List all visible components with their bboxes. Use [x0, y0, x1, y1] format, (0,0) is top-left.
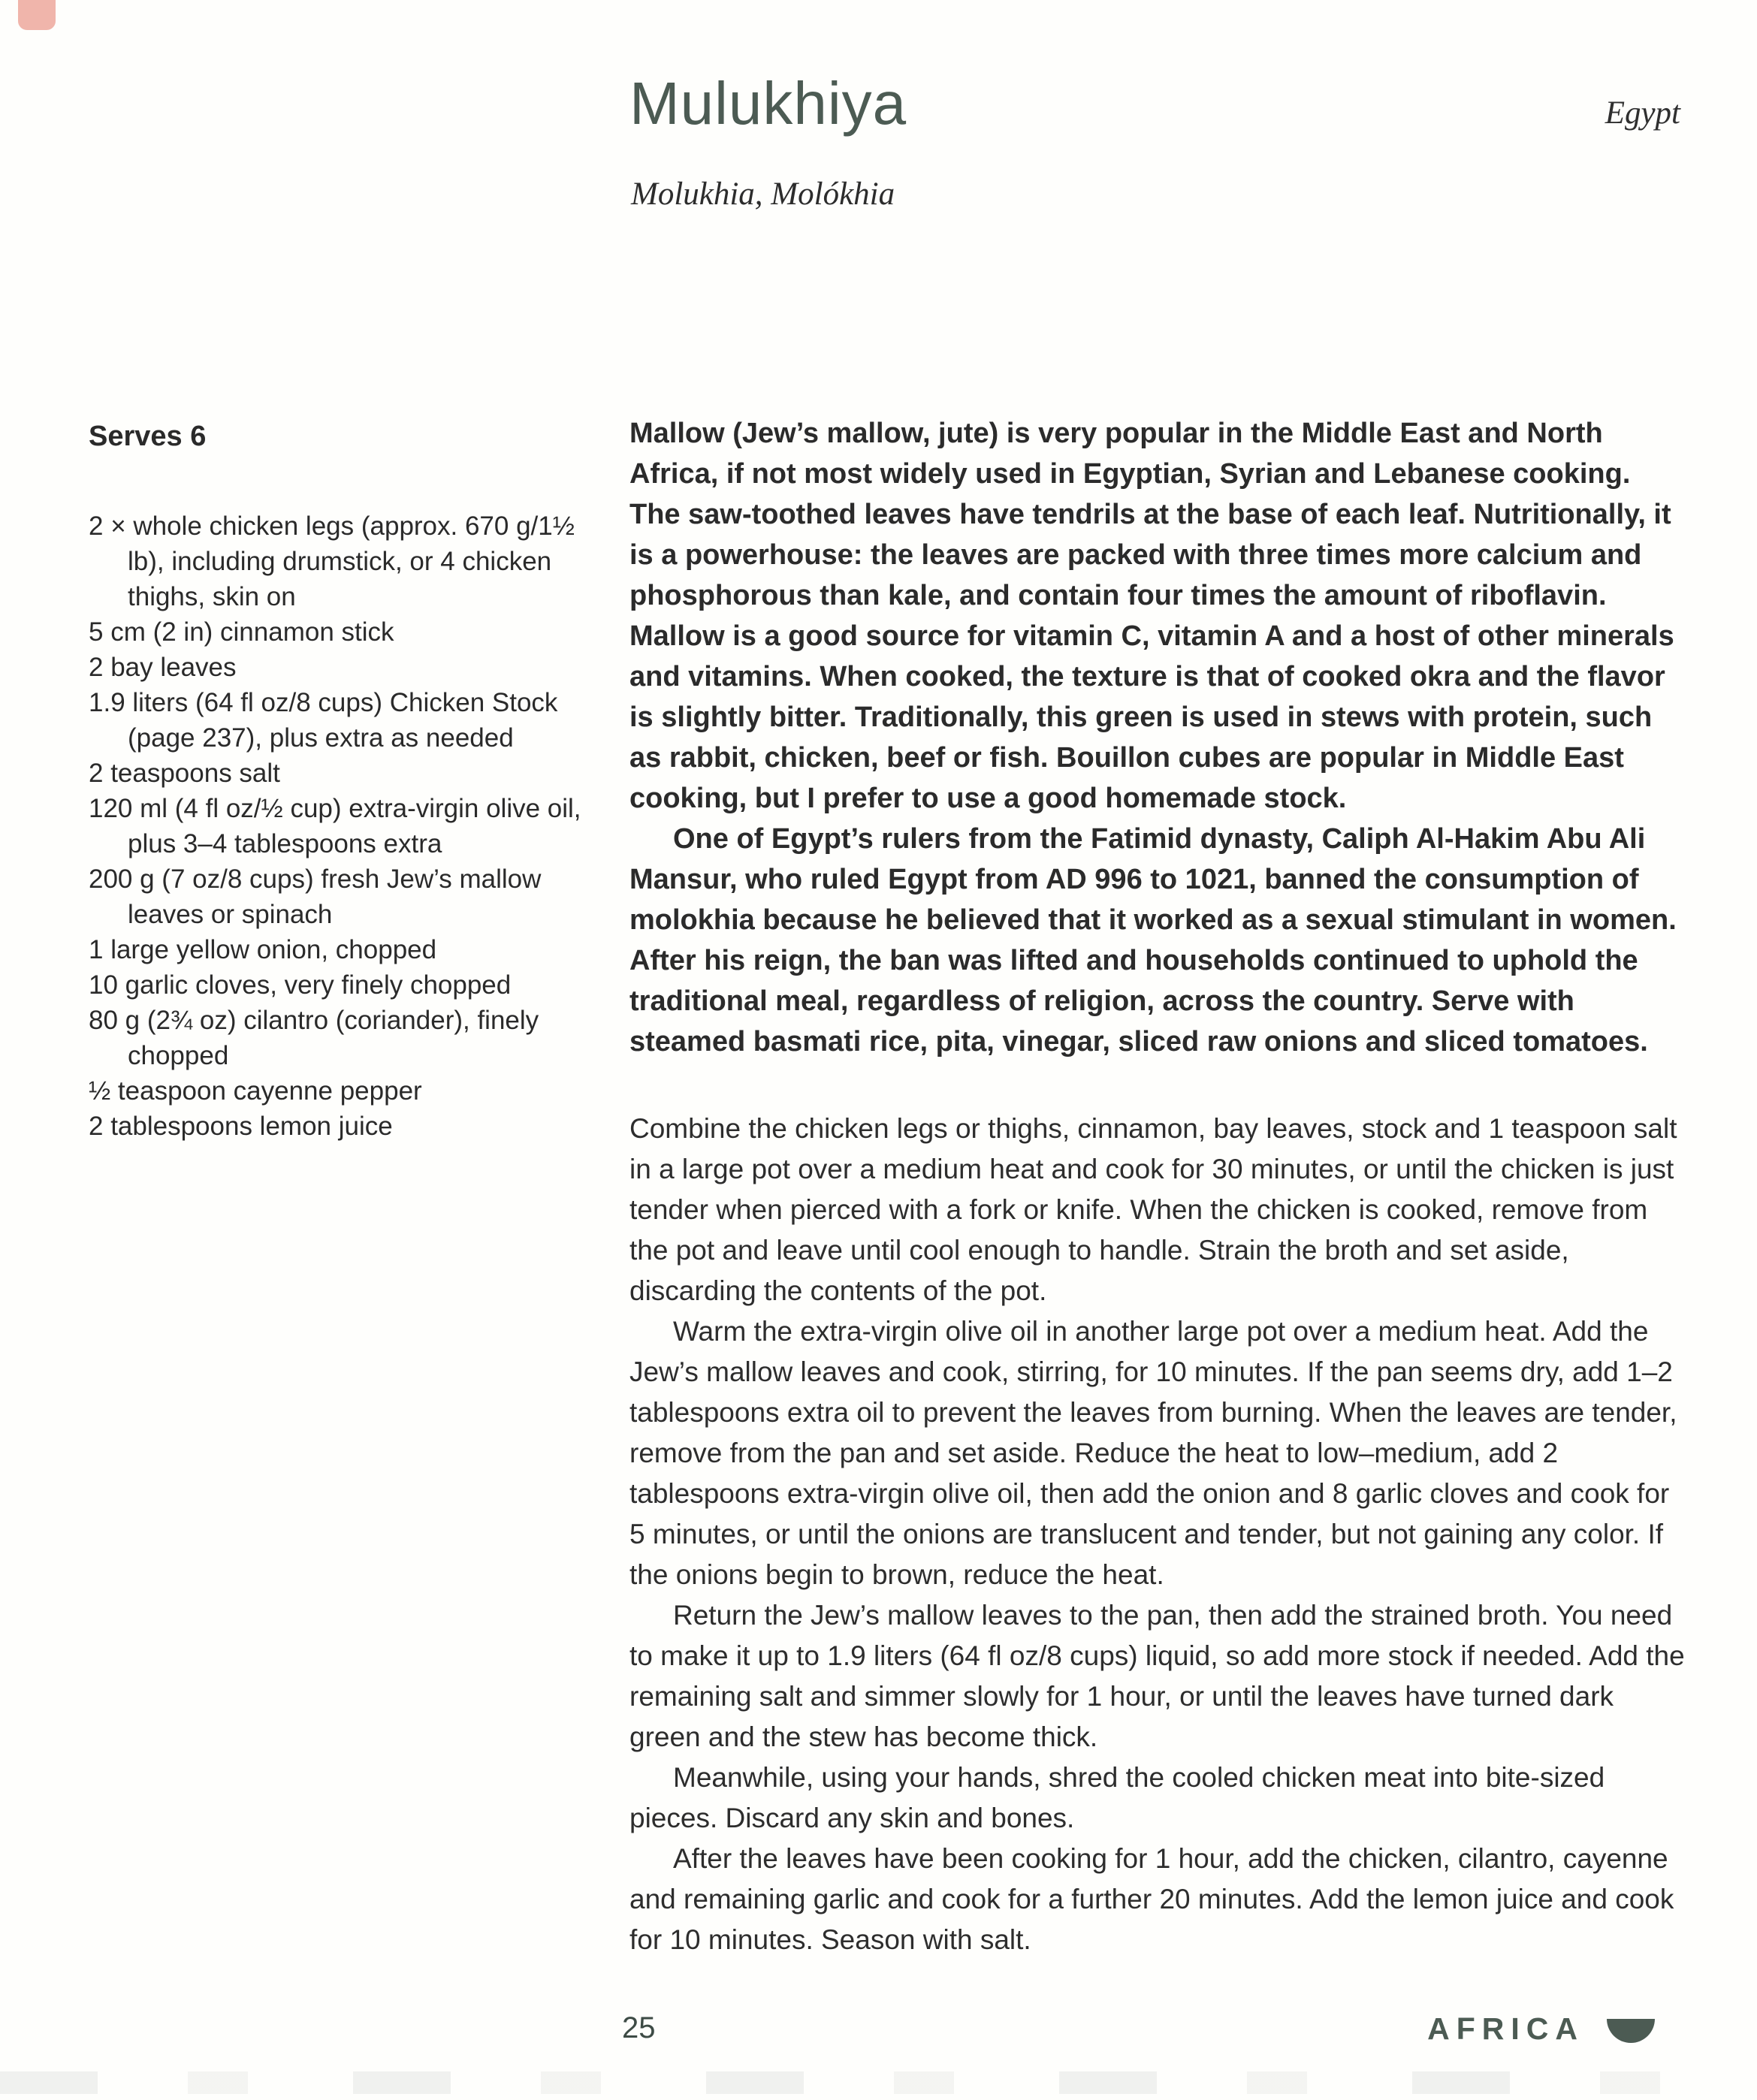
intro-text: Mallow (Jew’s mallow, jute) is very popu…	[629, 413, 1687, 1062]
ingredient-item: 200 g (7 oz/8 cups) fresh Jew’s mallow l…	[89, 861, 614, 932]
method-paragraph: Meanwhile, using your hands, shred the c…	[629, 1758, 1687, 1839]
section-footer: AFRICA	[1427, 2011, 1655, 2047]
bowl-icon	[1607, 2019, 1655, 2043]
method-paragraph: Warm the extra-virgin olive oil in anoth…	[629, 1311, 1687, 1595]
ingredient-item: 2 bay leaves	[89, 650, 614, 685]
method-text: Combine the chicken legs or thighs, cinn…	[629, 1109, 1687, 1960]
ingredient-item: 1 large yellow onion, chopped	[89, 932, 614, 967]
ingredient-item: 10 garlic cloves, very finely chopped	[89, 967, 614, 1003]
ingredient-item: 80 g (2¾ oz) cilantro (coriander), finel…	[89, 1003, 614, 1073]
serves-label: Serves 6	[89, 421, 614, 453]
method-paragraph: Return the Jew’s mallow leaves to the pa…	[629, 1595, 1687, 1758]
intro-paragraph: One of Egypt’s rulers from the Fatimid d…	[629, 819, 1687, 1062]
cookbook-page: Mulukhiya Egypt Molukhia, Molókhia Serve…	[0, 0, 1757, 2100]
method-paragraph: Combine the chicken legs or thighs, cinn…	[629, 1109, 1687, 1311]
ingredient-item: ½ teaspoon cayenne pepper	[89, 1073, 614, 1109]
ingredient-item: 2 teaspoons salt	[89, 756, 614, 791]
intro-paragraph: Mallow (Jew’s mallow, jute) is very popu…	[629, 413, 1687, 819]
recipe-alt-names: Molukhia, Molókhia	[631, 176, 895, 213]
ingredient-item: 5 cm (2 in) cinnamon stick	[89, 614, 614, 650]
page-title: Mulukhiya	[629, 69, 907, 138]
ingredient-item: 1.9 liters (64 fl oz/8 cups) Chicken Sto…	[89, 685, 614, 756]
ingredients-list: 2 × whole chicken legs (approx. 670 g/1½…	[89, 508, 614, 1144]
scan-mark	[18, 0, 56, 30]
scan-artifact-band	[0, 2071, 1757, 2094]
ingredient-item: 2 tablespoons lemon juice	[89, 1109, 614, 1144]
country-label: Egypt	[1605, 95, 1680, 131]
ingredients-column: Serves 6 2 × whole chicken legs (approx.…	[89, 421, 614, 1144]
page-number: 25	[622, 2011, 656, 2045]
ingredient-item: 2 × whole chicken legs (approx. 670 g/1½…	[89, 508, 614, 614]
section-label: AFRICA	[1427, 2011, 1584, 2047]
recipe-body-column: Mallow (Jew’s mallow, jute) is very popu…	[629, 413, 1687, 1960]
method-paragraph: After the leaves have been cooking for 1…	[629, 1839, 1687, 1960]
ingredient-item: 120 ml (4 fl oz/½ cup) extra-virgin oliv…	[89, 791, 614, 861]
